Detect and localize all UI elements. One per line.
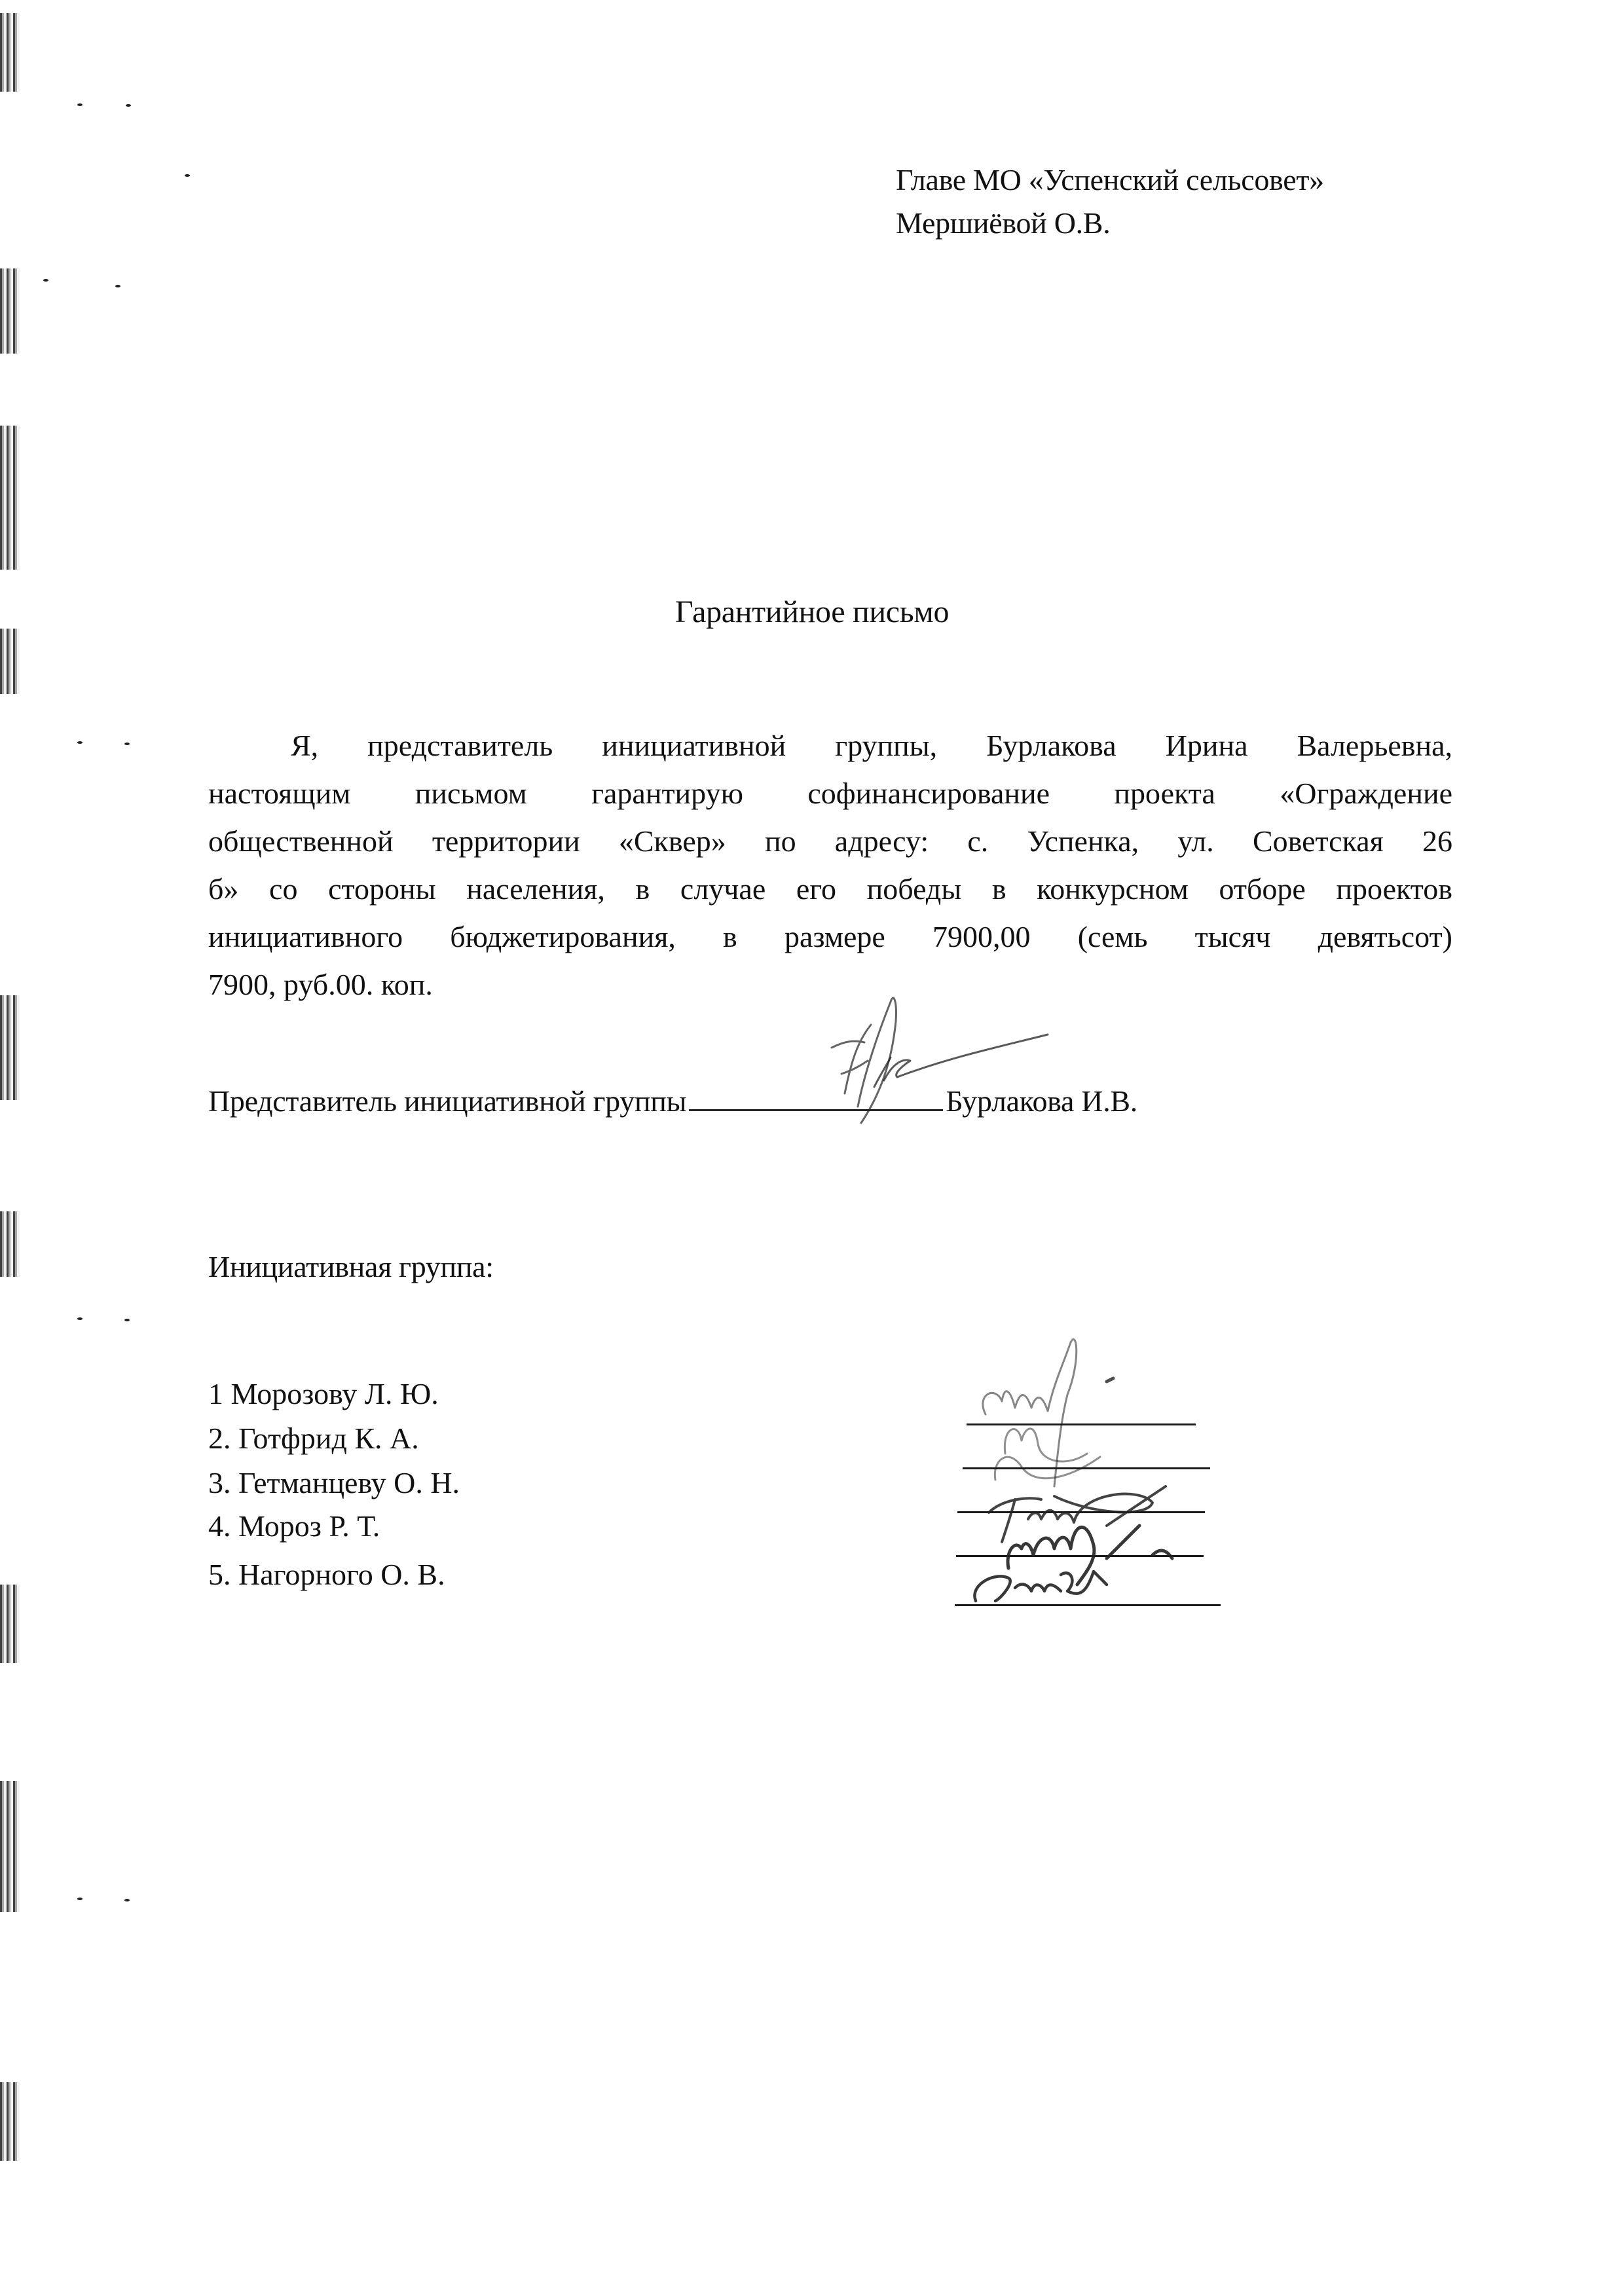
paragraph-line: б» со стороны населения, в случае его по… — [208, 865, 1452, 913]
scan-artifact — [0, 13, 20, 92]
scan-artifact — [0, 426, 20, 570]
member-item: 5. Нагорного О. В. — [208, 1557, 445, 1592]
scan-artifact — [0, 2082, 20, 2161]
addressee-line-1: Главе МО «Успенский сельсовет» — [896, 158, 1324, 202]
scanned-letter-page: Главе МО «Успенский сельсовет» Мершиёвой… — [0, 0, 1624, 2295]
member-item: 4. Мороз Р. Т. — [208, 1509, 380, 1543]
paragraph-line: настоящим письмом гарантирую софинансиро… — [208, 769, 1452, 817]
member-item: 3. Гетманцеву О. Н. — [208, 1465, 460, 1500]
guarantee-paragraph: Я, представитель инициативной группы, Бу… — [208, 722, 1452, 1008]
member-item: 2. Готфрид К. А. — [208, 1421, 419, 1456]
paragraph-line: Я, представитель инициативной группы, Бу… — [208, 722, 1452, 769]
hole-punch-dot — [124, 1319, 130, 1321]
scan-artifact — [0, 1211, 20, 1277]
document-title: Гарантийное письмо — [0, 595, 1624, 630]
hole-punch-dot — [77, 103, 83, 106]
addressee-block: Главе МО «Успенский сельсовет» Мершиёвой… — [896, 158, 1324, 245]
scan-artifact — [0, 629, 20, 694]
scan-artifact — [0, 1781, 20, 1912]
paragraph-line: общественной территории «Сквер» по адрес… — [208, 817, 1452, 865]
scan-artifact — [0, 268, 20, 354]
hole-punch-dot — [43, 279, 48, 282]
initiative-group-label: Инициативная группа: — [208, 1249, 494, 1285]
hole-punch-dot — [77, 741, 83, 744]
member-signature-line — [955, 1604, 1221, 1606]
hole-punch-dot — [126, 104, 131, 107]
hole-punch-dot — [77, 1898, 83, 1900]
hole-punch-dot — [185, 174, 190, 177]
member-item: 1 Морозову Л. Ю. — [208, 1376, 439, 1411]
hole-punch-dot — [124, 743, 130, 745]
addressee-line-2: Мершиёвой О.В. — [896, 202, 1324, 245]
hole-punch-dot — [124, 1899, 130, 1901]
scan-artifact — [0, 995, 20, 1100]
hole-punch-dot — [77, 1317, 83, 1320]
representative-label: Представитель инициативной группы — [208, 1084, 686, 1118]
scan-artifact — [0, 1585, 20, 1663]
hole-punch-dot — [115, 285, 120, 287]
paragraph-line: инициативного бюджетирования, в размере … — [208, 913, 1452, 961]
handwritten-signature-icon — [819, 995, 1067, 1126]
member-signatures-icon — [956, 1323, 1231, 1604]
